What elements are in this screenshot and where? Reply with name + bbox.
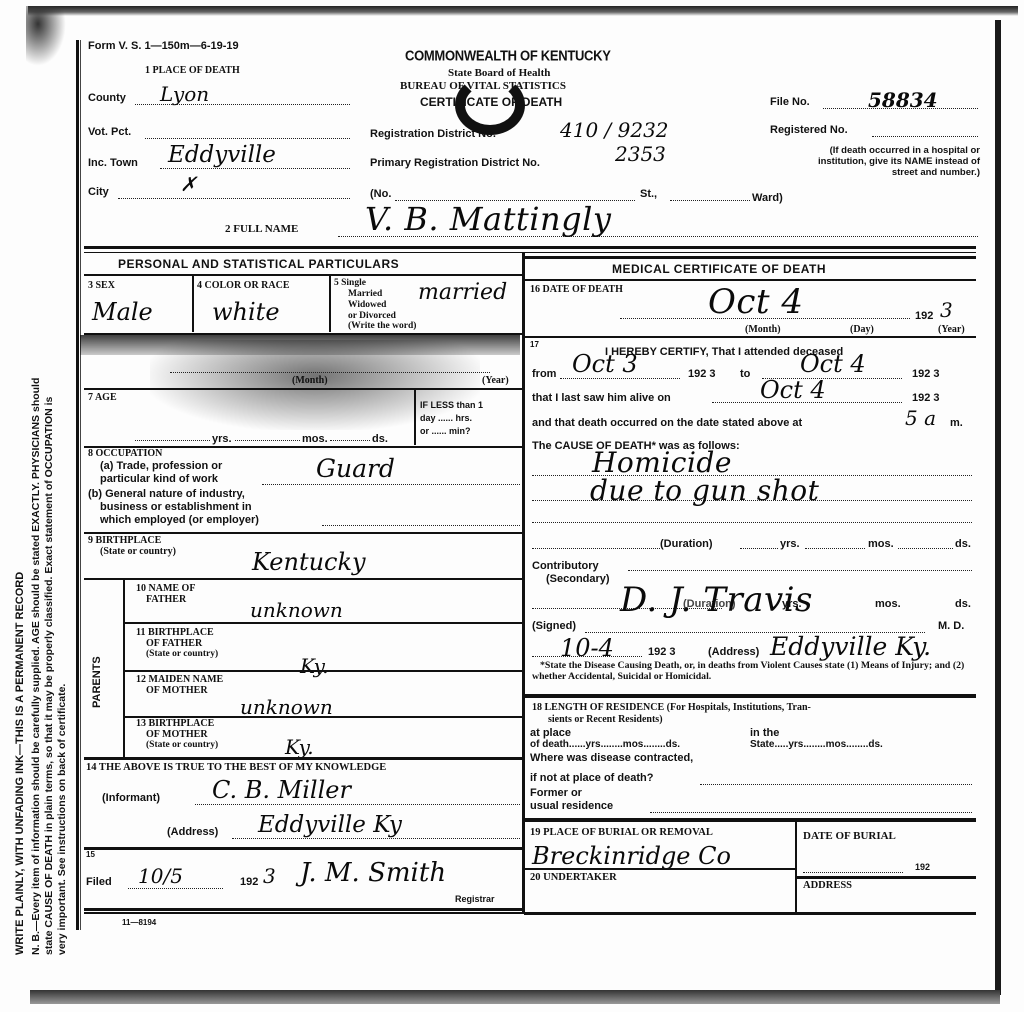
occupation-industry-field[interactable] <box>322 525 520 526</box>
rule <box>84 847 524 850</box>
header-commonwealth: COMMONWEALTH OF KENTUCKY <box>405 47 611 64</box>
margin-note-line-4: very important. See instructions on back… <box>56 684 69 955</box>
street-no-label: (No. <box>370 188 391 200</box>
margin-rule <box>76 40 79 930</box>
father-birthplace-label-1: 11 BIRTHPLACE <box>136 627 214 638</box>
margin-note-line-3: state CAUSE OF DEATH in plain terms, so … <box>43 397 56 955</box>
occupation-trade-field[interactable]: Guard <box>316 454 395 483</box>
place-of-death-heading: 1 PLACE OF DEATH <box>145 65 240 76</box>
sex-label: 3 SEX <box>88 280 115 291</box>
margin-note-line-2: N. B.—Every item of information should b… <box>30 378 43 955</box>
registration-district-field[interactable]: 410 / 9232 <box>560 118 669 142</box>
informant-address-field[interactable]: Eddyville Ky <box>258 812 402 838</box>
former-residence-label-1: Former or <box>530 787 582 799</box>
hospital-note: (If death occurred in a hospital or inst… <box>808 145 980 178</box>
contributory-mos-label: mos. <box>875 598 901 610</box>
death-day-label: (Day) <box>850 324 874 335</box>
rule <box>124 622 524 624</box>
signed-date-field[interactable]: 10-4 <box>560 634 614 662</box>
md-label: M. D. <box>938 620 964 632</box>
physician-address-label: (Address) <box>708 646 759 658</box>
medical-section-title: MEDICAL CERTIFICATE OF DEATH <box>612 262 826 276</box>
informant-address-label: (Address) <box>167 826 218 838</box>
in-state-label: in the <box>750 727 779 739</box>
birthplace-sub-label: (State or country) <box>100 546 176 557</box>
at-place-fields[interactable]: of death......yrs........mos........ds. <box>530 739 680 750</box>
date-of-death-label: 16 DATE OF DEATH <box>530 284 623 295</box>
contributory-label: Contributory <box>532 560 599 572</box>
city-label: City <box>88 186 109 198</box>
father-name-field[interactable]: unknown <box>250 598 343 622</box>
race-label: 4 COLOR OR RACE <box>197 280 290 291</box>
contributory-ds-label: ds. <box>955 598 971 610</box>
registrar-signature[interactable]: J. M. Smith <box>300 858 446 888</box>
informant-address-line <box>232 838 520 839</box>
city-line <box>118 198 350 199</box>
attended-to-label: to <box>740 368 750 380</box>
signed-label: (Signed) <box>532 620 576 632</box>
county-field[interactable]: Lyon <box>160 82 209 106</box>
burial-date-label: DATE OF BURIAL <box>803 830 896 842</box>
age-days-field[interactable] <box>330 440 370 441</box>
vot-pct-label: Vot. Pct. <box>88 126 131 138</box>
occupation-b-label-3: which employed (or employer) <box>100 514 259 526</box>
father-birthplace-label-2: OF FATHER <box>146 638 202 649</box>
rule <box>84 912 524 914</box>
death-year-field[interactable]: 3 <box>940 298 953 322</box>
age-yrs-label: yrs. <box>212 433 232 445</box>
print-code: 11—8194 <box>122 918 156 927</box>
rule <box>84 578 524 580</box>
mother-birthplace-label-1: 13 BIRTHPLACE <box>136 718 214 729</box>
informant-field[interactable]: C. B. Miller <box>212 776 351 804</box>
contracted-field[interactable] <box>700 784 972 785</box>
contributory-field[interactable] <box>628 570 972 571</box>
marital-status-field[interactable]: married <box>418 280 507 305</box>
less-than-day-label: IF LESS than 1 <box>420 400 483 410</box>
age-mos-label: mos. <box>302 433 328 445</box>
duration-years-field[interactable] <box>740 548 778 549</box>
file-no-field[interactable]: 58834 <box>868 88 938 112</box>
last-saw-year: 192 3 <box>912 392 940 404</box>
attended-from-line <box>560 378 680 379</box>
margin-note-write-plainly: WRITE PLAINLY, WITH UNFADING INK—THIS IS… <box>14 572 27 955</box>
secondary-label: (Secondary) <box>546 573 610 585</box>
at-place-label: at place <box>530 727 571 739</box>
center-divider <box>522 252 525 912</box>
personal-section-title: PERSONAL AND STATISTICAL PARTICULARS <box>118 257 399 271</box>
residence-title-2: sients or Recent Residents) <box>548 714 663 725</box>
death-time-suffix: m. <box>950 417 963 429</box>
last-saw-field[interactable]: Oct 4 <box>760 376 826 404</box>
rule <box>84 274 524 276</box>
undertaker-label: 20 UNDERTAKER <box>530 872 617 883</box>
sex-field[interactable]: Male <box>92 298 153 326</box>
rule <box>524 818 976 822</box>
inc-town-label: Inc. Town <box>88 157 138 169</box>
father-name-label-2: FATHER <box>146 594 186 605</box>
death-year-label: (Year) <box>938 324 965 335</box>
cause-line-3[interactable] <box>532 522 972 523</box>
mother-birthplace-label-3: (State or country) <box>146 740 218 750</box>
undertaker-address-label: ADDRESS <box>803 880 852 891</box>
cause-of-death-secondary[interactable]: due to gun shot <box>590 474 819 507</box>
informant-statement: 14 THE ABOVE IS TRUE TO THE BEST OF MY K… <box>86 762 386 773</box>
rule <box>524 694 976 698</box>
rule <box>796 876 976 879</box>
city-field[interactable]: ✗ <box>180 172 197 196</box>
marital-write-word-label: (Write the word) <box>348 321 416 331</box>
rule <box>414 390 416 445</box>
page-right-edge <box>995 20 1001 995</box>
duration-months-field[interactable] <box>805 548 865 549</box>
primary-district-label: Primary Registration District No. <box>370 157 540 169</box>
less-than-min-label: or ...... min? <box>420 426 471 436</box>
date-of-death-field[interactable]: Oct 4 <box>708 282 804 322</box>
informant-label: (Informant) <box>102 792 160 804</box>
duration-ds-label: ds. <box>955 538 971 550</box>
former-residence-field[interactable] <box>650 812 972 813</box>
rule <box>124 670 524 672</box>
rule <box>84 757 524 760</box>
burial-place-label: 19 PLACE OF BURIAL OR REMOVAL <box>530 827 713 838</box>
burial-place-field[interactable]: Breckinridge Co <box>532 842 731 870</box>
father-name-label-1: 10 NAME OF <box>136 583 195 594</box>
age-label: 7 AGE <box>88 392 117 403</box>
full-name-label: 2 FULL NAME <box>225 223 298 235</box>
duration-line <box>532 548 660 549</box>
rule <box>192 276 194 332</box>
birth-date-field[interactable] <box>170 372 490 373</box>
occupation-b-label-1: (b) General nature of industry, <box>88 488 245 500</box>
in-state-fields[interactable]: State.....yrs........mos........ds. <box>750 739 883 750</box>
attended-from-field[interactable]: Oct 3 <box>572 350 638 378</box>
inc-town-field[interactable]: Eddyville <box>168 142 276 168</box>
filed-date-line <box>128 888 223 889</box>
page-bottom-edge <box>30 990 1000 1004</box>
filed-label: Filed <box>86 876 112 888</box>
physician-signature[interactable]: D. J. Travis <box>620 580 813 620</box>
contracted-label-2: if not at place of death? <box>530 772 653 784</box>
marital-widowed-label: Widowed <box>348 300 386 310</box>
age-years-field[interactable] <box>135 440 210 441</box>
birth-year-label: (Year) <box>482 375 509 386</box>
residence-title-1: 18 LENGTH OF RESIDENCE (For Hospitals, I… <box>532 702 811 713</box>
rule <box>795 822 797 912</box>
rule <box>524 912 976 915</box>
page-corner-shadow <box>26 6 66 66</box>
ward-label: Ward) <box>752 192 783 204</box>
mother-birthplace-label-2: OF MOTHER <box>146 729 208 740</box>
duration-mos-label: mos. <box>868 538 894 550</box>
rule <box>84 388 524 390</box>
rule <box>329 276 331 332</box>
burial-year-prefix: 192 <box>915 862 930 872</box>
attended-to-year: 192 3 <box>912 368 940 380</box>
rule <box>524 868 796 870</box>
birth-month-label: (Month) <box>292 375 328 386</box>
occupation-b-label-2: business or establishment in <box>100 501 252 513</box>
marital-single-label: 5 Single <box>334 278 366 288</box>
death-time-field[interactable]: 5 a <box>905 406 936 430</box>
birthplace-field[interactable]: Kentucky <box>252 548 366 576</box>
death-year-prefix: 192 <box>915 310 933 322</box>
inc-town-line <box>160 168 350 169</box>
rule <box>524 279 976 281</box>
county-label: County <box>88 92 126 104</box>
less-than-hrs-label: day ...... hrs. <box>420 413 472 423</box>
contracted-label-1: Where was disease contracted, <box>530 752 693 764</box>
death-time-label: and that death occurred on the date stat… <box>532 417 802 429</box>
attended-from-label: from <box>532 368 556 380</box>
filed-year-field[interactable]: 3 <box>263 864 276 888</box>
rule <box>524 256 976 259</box>
rule <box>524 336 976 338</box>
registered-no-label: Registered No. <box>770 124 848 136</box>
registration-district-label: Registration District No. <box>370 128 496 140</box>
last-saw-label: that I last saw him alive on <box>532 392 671 404</box>
physician-address-field[interactable]: Eddyville Ky. <box>770 632 931 661</box>
occupation-a-label-2: particular kind of work <box>100 473 218 485</box>
primary-district-field[interactable]: 2353 <box>615 142 666 166</box>
marital-divorced-label: or Divorced <box>348 311 396 321</box>
race-field[interactable]: white <box>212 298 280 326</box>
parents-side-label: PARENTS <box>91 656 104 708</box>
occupation-a-line <box>262 484 520 485</box>
section-rule-top-thin <box>84 252 976 253</box>
ink-stamp-mark <box>455 75 525 135</box>
margin-rule-thin <box>80 40 81 930</box>
rule <box>84 532 524 534</box>
age-months-field[interactable] <box>235 440 300 441</box>
ward-field[interactable] <box>670 200 750 201</box>
duration-yrs-label: yrs. <box>780 538 800 550</box>
registered-no-field[interactable] <box>872 136 978 137</box>
attended-from-year: 192 3 <box>688 368 716 380</box>
duration-days-field[interactable] <box>898 548 953 549</box>
mother-birthplace-field[interactable]: Ky. <box>285 735 314 759</box>
filed-date-field[interactable]: 10/5 <box>138 864 183 888</box>
father-birthplace-field[interactable]: Ky. <box>300 654 329 678</box>
informant-line <box>195 804 520 805</box>
marital-married-label: Married <box>348 289 382 299</box>
occupation-label: 8 OCCUPATION <box>88 448 162 459</box>
registrar-label: Registrar <box>455 894 495 904</box>
age-ds-label: ds. <box>372 433 388 445</box>
filing-number: 15 <box>86 850 95 859</box>
death-month-label: (Month) <box>745 324 781 335</box>
mother-name-label-2: OF MOTHER <box>146 685 208 696</box>
street-label: St., <box>640 188 657 200</box>
signed-year: 192 3 <box>648 646 676 658</box>
file-no-label: File No. <box>770 96 810 108</box>
occupation-a-label-1: (a) Trade, profession or <box>100 460 222 472</box>
section-rule-top <box>84 246 976 249</box>
vot-pct-field[interactable] <box>145 138 350 139</box>
burial-date-field[interactable] <box>803 872 903 873</box>
mother-name-label-1: 12 MAIDEN NAME <box>136 674 223 685</box>
former-residence-label-2: usual residence <box>530 800 613 812</box>
birthplace-label: 9 BIRTHPLACE <box>88 535 161 546</box>
father-birthplace-label-3: (State or country) <box>146 649 218 659</box>
duration-label: (Duration) <box>660 538 713 550</box>
certify-number: 17 <box>530 340 539 349</box>
section-rule-bottom <box>84 908 524 911</box>
cause-footnote: *State the Disease Causing Death, or, in… <box>532 660 972 682</box>
rule <box>123 580 125 758</box>
full-name-field[interactable]: V. B. Mattingly <box>365 200 611 238</box>
form-number: Form V. S. 1—150m—6-19-19 <box>88 40 239 52</box>
page-top-edge <box>28 6 1018 16</box>
filed-year-prefix: 192 <box>240 876 258 888</box>
attended-to-field[interactable]: Oct 4 <box>800 350 866 378</box>
